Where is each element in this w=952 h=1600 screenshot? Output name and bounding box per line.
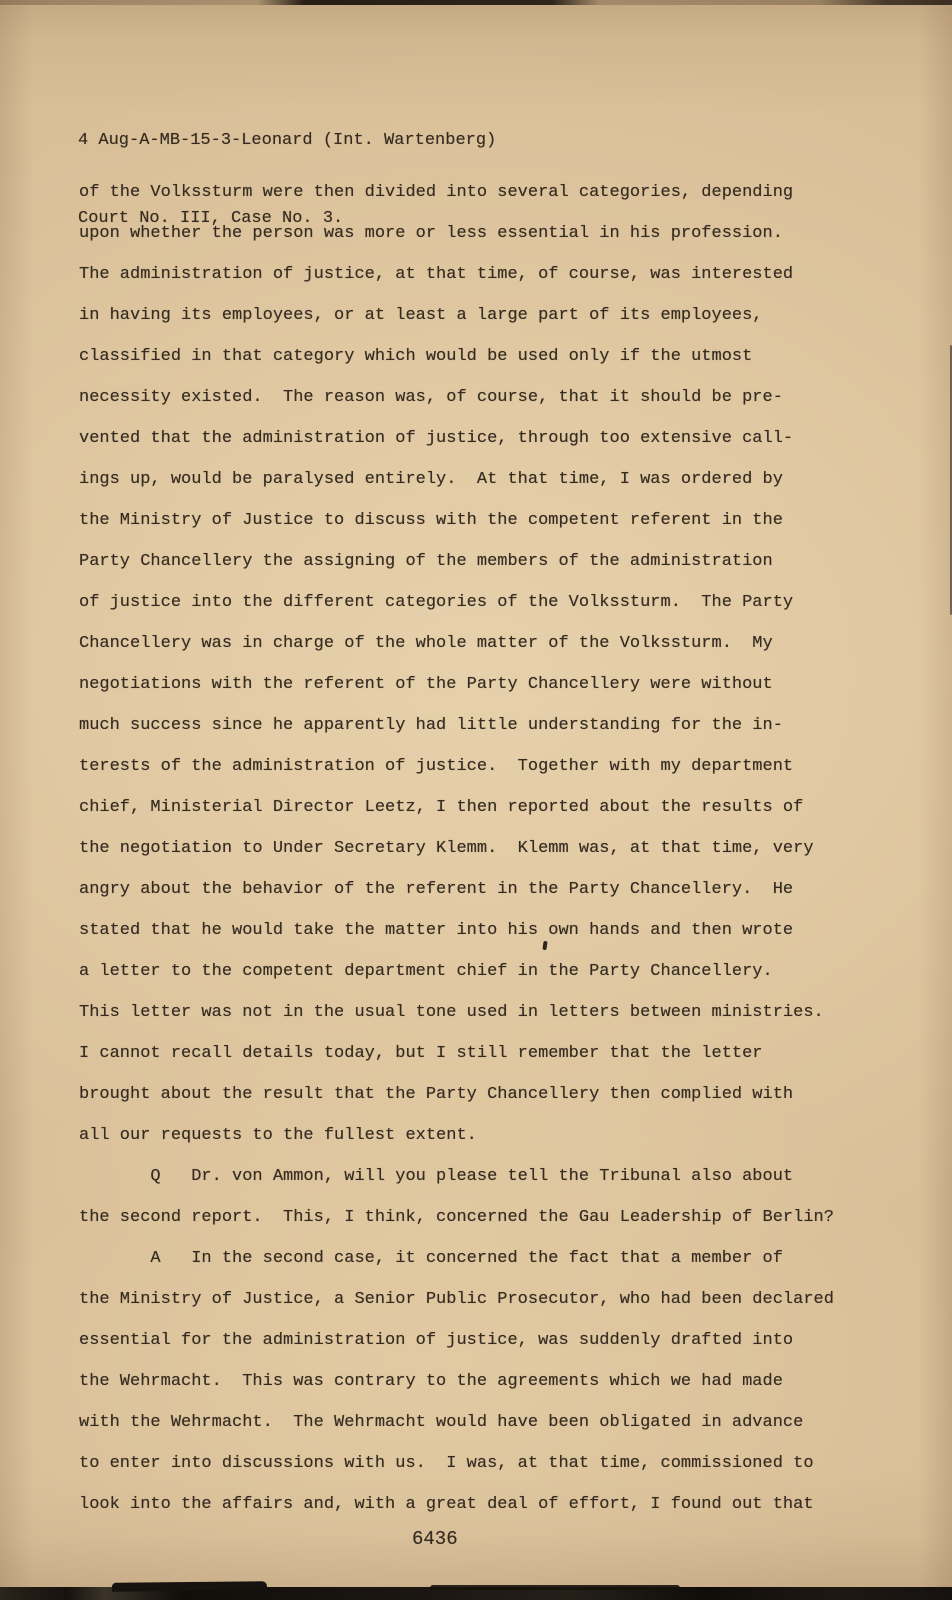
transcript-line: brought about the result that the Party … [79,1074,834,1115]
transcript-line: terests of the administration of justice… [79,746,834,787]
scan-edge-bottom-streak [430,1585,680,1590]
transcript-line: the second report. This, I think, concer… [79,1197,834,1238]
transcript-line: much success since he apparently had lit… [79,705,834,746]
transcript-line: to enter into discussions with us. I was… [79,1443,834,1484]
transcript-line: ings up, would be paralysed entirely. At… [79,459,834,500]
transcript-line: A In the second case, it concerned the f… [79,1238,834,1279]
transcript-line: chief, Ministerial Director Leetz, I the… [79,787,834,828]
transcript-line: with the Wehrmacht. The Wehrmacht would … [79,1402,834,1443]
transcript-line: look into the affairs and, with a great … [79,1484,834,1525]
transcript-line: the Wehrmacht. This was contrary to the … [79,1361,834,1402]
transcript-line: essential for the administration of just… [79,1320,834,1361]
transcript-line: I cannot recall details today, but I sti… [79,1033,834,1074]
transcript-line: the Ministry of Justice to discuss with … [79,500,834,541]
transcript-line: a letter to the competent department chi… [79,951,834,992]
transcript-line: stated that he would take the matter int… [79,910,834,951]
transcript-line: upon whether the person was more or less… [79,213,834,254]
transcript-line: the Ministry of Justice, a Senior Public… [79,1279,834,1320]
scan-edge-top [0,0,952,5]
transcript-line: Party Chancellery the assigning of the m… [79,541,834,582]
scan-edge-bottom-blob [112,1581,267,1592]
transcript-body: of the Volkssturm were then divided into… [79,172,834,1525]
transcript-line: of the Volkssturm were then divided into… [79,172,834,213]
transcript-line: the negotiation to Under Secretary Klemm… [79,828,834,869]
transcript-line: negotiations with the referent of the Pa… [79,664,834,705]
transcript-line: in having its employees, or at least a l… [79,295,834,336]
transcript-line: The administration of justice, at that t… [79,254,834,295]
transcript-line: classified in that category which would … [79,336,834,377]
page-number: 6436 [412,1528,458,1550]
transcript-line: all our requests to the fullest extent. [79,1115,834,1156]
transcript-line: Chancellery was in charge of the whole m… [79,623,834,664]
transcript-line: angry about the behavior of the referent… [79,869,834,910]
header-case-reference: 4 Aug-A-MB-15-3-Leonard (Int. Wartenberg… [78,128,496,154]
transcript-line: This letter was not in the usual tone us… [79,992,834,1033]
transcript-line: of justice into the different categories… [79,582,834,623]
transcript-line: necessity existed. The reason was, of co… [79,377,834,418]
transcript-line: vented that the administration of justic… [79,418,834,459]
transcript-line: Q Dr. von Ammon, will you please tell th… [79,1156,834,1197]
